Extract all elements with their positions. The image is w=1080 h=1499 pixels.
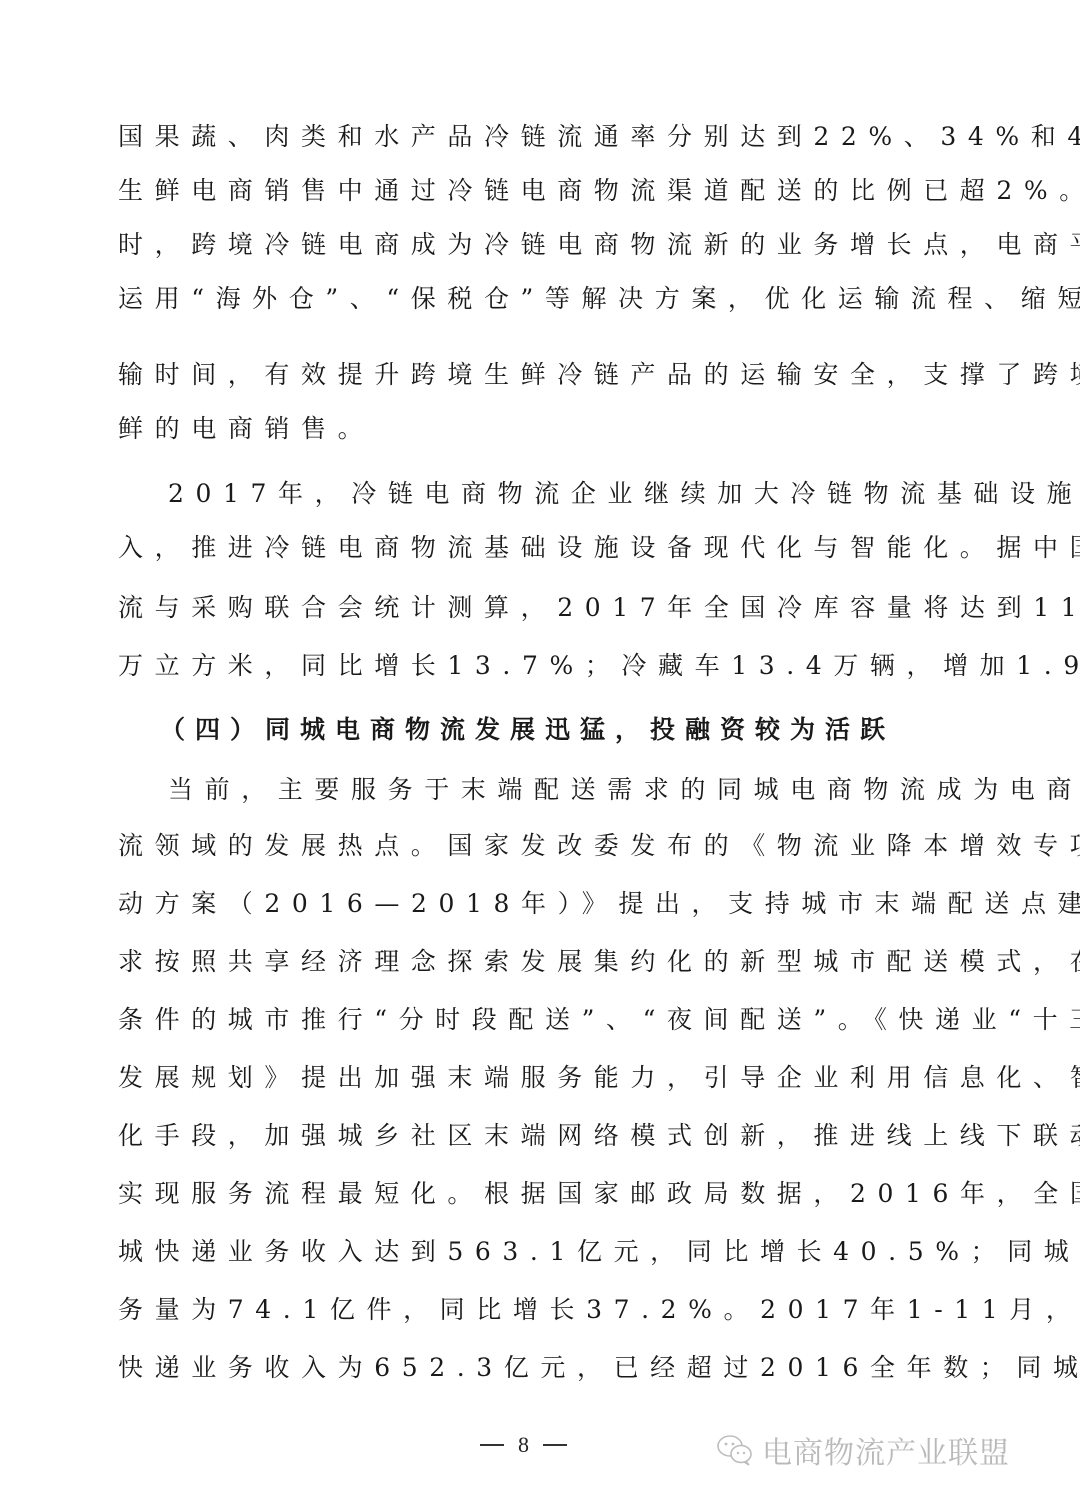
text-line: 实现服务流程最短化。根据国家邮政局数据，2016年，全国同: [118, 1176, 984, 1212]
text-line: 万立方米，同比增长13.7%；冷藏车13.4万辆，增加1.9万辆。: [118, 648, 984, 684]
text-line: 国果蔬、肉类和水产品冷链流通率分别达到22%、34%和41%，: [118, 119, 984, 155]
text-line: 输时间，有效提升跨境生鲜冷链产品的运输安全，支撑了跨境生: [118, 357, 984, 393]
text-line: 流领域的发展热点。国家发改委发布的《物流业降本增效专项行: [118, 828, 984, 864]
text-line: 快递业务收入为652.3亿元，已经超过2016全年数；同城快递: [118, 1350, 984, 1386]
section-heading: （四）同城电商物流发展迅猛，投融资较为活跃: [160, 712, 895, 748]
text-line: 城快递业务收入达到563.1亿元，同比增长40.5%；同城快递业: [118, 1234, 984, 1270]
wechat-icon: [716, 1434, 754, 1466]
text-line: 求按照共享经济理念探索发展集约化的新型城市配送模式，在有: [118, 944, 984, 980]
text-line: 生鲜电商销售中通过冷链电商物流渠道配送的比例已超2%。同: [118, 173, 984, 209]
text-line: 鲜的电商销售。: [118, 411, 984, 447]
watermark: 电商物流产业联盟: [716, 1428, 1010, 1472]
dash-left: [480, 1444, 504, 1446]
text-line: 务量为74.1亿件，同比增长37.2%。2017年1-11月，全国同城: [118, 1292, 984, 1328]
watermark-text: 电商物流产业联盟: [762, 1428, 1010, 1472]
text-line: 动方案（2016—2018年）》提出，支持城市末端配送点建设，要: [118, 886, 984, 922]
text-line: 流与采购联合会统计测算，2017年全国冷库容量将达到11937: [118, 590, 984, 626]
page-number-value: 8: [518, 1432, 529, 1458]
text-line: 2017年，冷链电商物流企业继续加大冷链物流基础设施投: [168, 476, 984, 512]
text-line: 发展规划》提出加强末端服务能力，引导企业利用信息化、智能: [118, 1060, 984, 1096]
text-line: 入，推进冷链电商物流基础设施设备现代化与智能化。据中国物: [118, 530, 984, 566]
text-line: 运用“海外仓”、“保税仓”等解决方案，优化运输流程、缩短运: [118, 281, 984, 317]
dash-right: [543, 1444, 567, 1446]
text-line: 当前，主要服务于末端配送需求的同城电商物流成为电商物: [168, 772, 984, 808]
text-line: 时，跨境冷链电商成为冷链电商物流新的业务增长点，电商平台: [118, 227, 984, 263]
document-page: 国果蔬、肉类和水产品冷链流通率分别达到22%、34%和41%， 生鲜电商销售中通…: [0, 0, 1080, 1499]
page-number: 8: [480, 1432, 567, 1458]
text-line: 化手段，加强城乡社区末端网络模式创新，推进线上线下联动，: [118, 1118, 984, 1154]
text-line: 条件的城市推行“分时段配送”、“夜间配送”。《快递业“十三五”: [118, 1002, 984, 1038]
